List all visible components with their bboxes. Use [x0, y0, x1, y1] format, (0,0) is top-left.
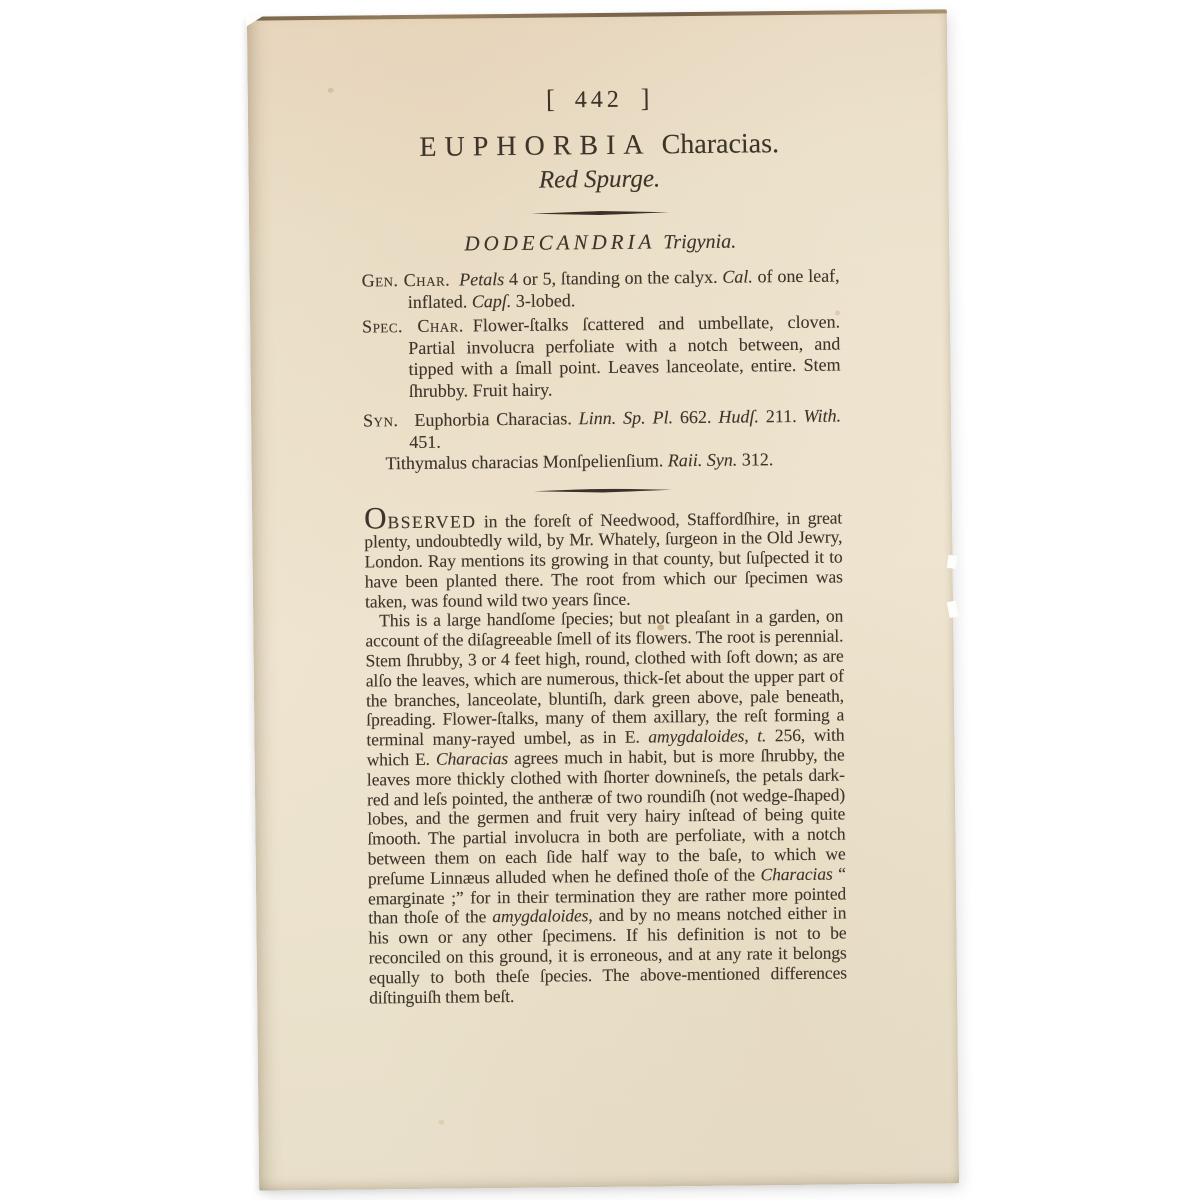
- species-title: EUPHORBIACharacias.: [360, 128, 838, 165]
- specific-character-entry: Spec. Char.Flower-ſtalks ſcattered and u…: [362, 312, 841, 403]
- syn-text: Euphorbia Characias. Linn. Sp. Pl. 662. …: [409, 405, 841, 451]
- synonym-tithymalus-entry: Tithymalus characias Monſpelienſium. Rai…: [363, 448, 841, 475]
- bracket-right: ]: [641, 83, 652, 112]
- scan-background: [442] EUPHORBIACharacias. Red Spurge. DO…: [0, 0, 1200, 1200]
- book-page: [442] EUPHORBIACharacias. Red Spurge. DO…: [247, 9, 959, 1190]
- drop-cap-letter: O: [364, 500, 388, 535]
- common-name: Red Spurge.: [360, 163, 838, 198]
- spec-char-label: Spec. Char.: [362, 315, 464, 336]
- paragraph-description: This is a large handſome ſpecies; but no…: [365, 607, 847, 1008]
- species-epithet: Characias.: [661, 128, 779, 160]
- tithymalus-text: Tithymalus characias Monſpelienſium. Rai…: [385, 449, 773, 473]
- page-number-value: 442: [575, 87, 623, 114]
- paragraph-observed: OBSERVED in the foreſt of Needwood, Staf…: [364, 508, 843, 612]
- gen-char-text: Petals 4 or 5, ſtanding on the calyx. Ca…: [408, 266, 840, 312]
- gen-char-label: Gen. Char.: [362, 270, 451, 291]
- page-content: [442] EUPHORBIACharacias. Red Spurge. DO…: [247, 9, 959, 1190]
- generic-character-entry: Gen. Char.Petals 4 or 5, ſtanding on the…: [362, 266, 840, 314]
- class-name: DODECANDRIA: [464, 229, 655, 255]
- lead-word: BSERVED: [387, 511, 476, 532]
- order-name: Trigynia.: [663, 231, 736, 254]
- linnaean-classification: DODECANDRIATrigynia.: [361, 227, 839, 259]
- spec-char-text: Flower-ſtalks ſcattered and umbellate, c…: [408, 312, 840, 401]
- synonyms-entry: Syn.Euphorbia Characias. Linn. Sp. Pl. 6…: [363, 405, 841, 453]
- page-number: [442]: [360, 83, 838, 117]
- divider-rule-top: [531, 210, 669, 215]
- divider-rule-body: [534, 488, 672, 493]
- paragraph-description-text: This is a large handſome ſpecies; but no…: [365, 606, 847, 1007]
- bracket-left: [: [546, 84, 557, 113]
- syn-label: Syn.: [363, 410, 399, 430]
- genus-name: EUPHORBIA: [419, 129, 652, 162]
